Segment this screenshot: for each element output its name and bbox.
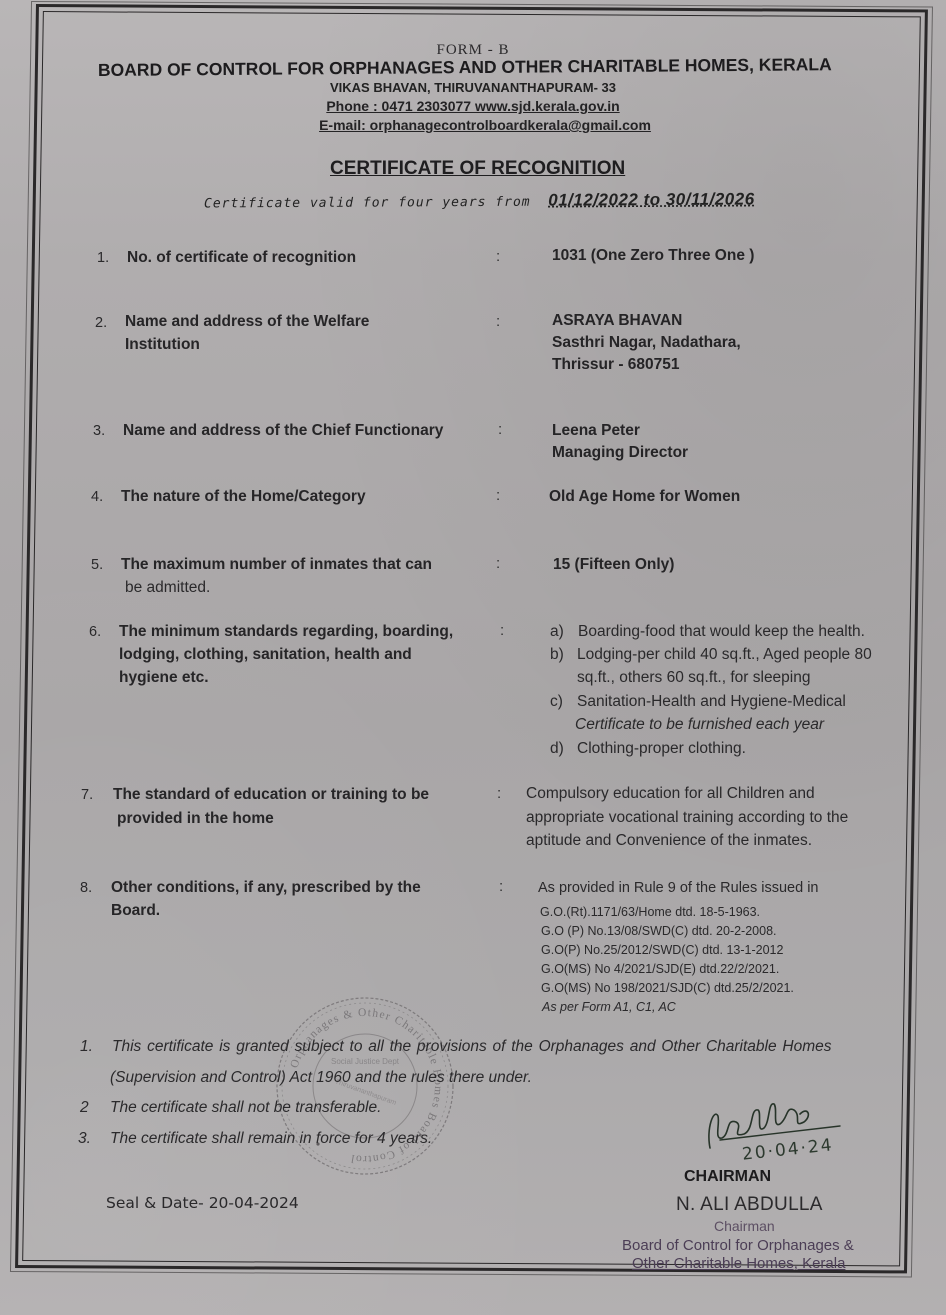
category-value: Old Age Home for Women [549,486,740,508]
institution-address: Sasthri Nagar, Nadathara, [552,332,741,354]
note-number: 3. [78,1130,91,1148]
item-label: The minimum standards regarding, boardin… [119,620,453,643]
chairman-designation: Chairman [714,1218,775,1234]
item-label: Name and address of the Chief Functionar… [123,419,443,442]
standard-marker: a) [550,620,564,644]
standard-marker: c) [550,690,563,714]
certificate-number-value: 1031 (One Zero Three One ) [552,245,754,267]
standard-lodging-cont: sq.ft., others 60 sq.ft., for sleeping [577,666,810,690]
note-text: The certificate shall remain in force fo… [110,1130,432,1148]
standard-sanitation: Sanitation-Health and Hygiene-Medical [577,690,846,714]
item-label: The maximum number of inmates that can [121,553,432,576]
note-number: 2 [80,1099,89,1117]
chairman-title: CHAIRMAN [684,1168,771,1186]
colon: : [496,248,500,265]
item-number: 3. [93,423,105,439]
standard-marker: d) [550,737,564,761]
education-value: aptitude and Convenience of the inmates. [526,829,812,853]
item-label: lodging, clothing, sanitation, health an… [119,643,412,666]
chairman-name: N. ALI ABDULLA [676,1194,823,1216]
board-email: E-mail: orphanagecontrolboardkerala@gmai… [0,117,946,133]
government-order: G.O(MS) No 198/2021/SJD(C) dtd.25/2/2021… [541,979,794,998]
education-value: appropriate vocational training accordin… [526,806,848,830]
item-number: 4. [91,489,103,505]
item-label: be admitted. [125,576,210,600]
functionary-name: Leena Peter [552,420,640,442]
chairman-org-line2: Other Charitable Homes, Kerala [632,1255,845,1272]
validity-prefix: Certificate valid for four years from [204,195,531,212]
board-address: VIKAS BHAVAN, THIRUVANANTHAPURAM- 33 [0,80,946,95]
standard-marker: b) [550,643,564,667]
item-label: Institution [125,333,200,356]
seal-date: Seal & Date- 20-04-2024 [106,1194,299,1212]
note-number: 1. [80,1038,93,1056]
government-order: G.O.(Rt).1171/63/Home dtd. 18-5-1963. [540,903,760,922]
item-number: 5. [91,557,103,573]
item-label: No. of certificate of recognition [127,246,356,269]
item-label: The standard of education or training to… [113,783,429,806]
item-number: 8. [80,880,92,896]
standard-clothing: Clothing-proper clothing. [577,737,746,761]
standard-boarding: Boarding-food that would keep the health… [578,620,865,644]
item-label: Board. [111,899,160,922]
item-label: The nature of the Home/Category [121,485,366,508]
government-order: G.O(MS) No 4/2021/SJD(E) dtd.22/2/2021. [541,960,779,979]
colon: : [498,421,502,438]
standard-sanitation-cont: Certificate to be furnished each year [575,713,824,737]
colon: : [496,555,500,572]
colon: : [497,785,501,802]
functionary-role: Managing Director [552,442,688,464]
max-inmates-value: 15 (Fifteen Only) [553,554,674,576]
standard-lodging: Lodging-per child 40 sq.ft., Aged people… [577,643,872,667]
colon: : [499,878,503,895]
note-text: This certificate is granted subject to a… [112,1038,832,1056]
education-value: Compulsory education for all Children an… [526,782,815,806]
institution-name: ASRAYA BHAVAN [552,310,682,332]
note-text: (Supervision and Control) Act 1960 and t… [110,1069,532,1087]
validity-dates: 01/12/2022 to 30/11/2026 [548,190,755,210]
institution-city: Thrissur - 680751 [552,354,680,376]
item-number: 1. [97,250,109,266]
item-number: 7. [81,787,93,803]
colon: : [496,313,500,330]
colon: : [500,622,504,639]
validity-line: Certificate valid for four years from 01… [204,190,755,213]
government-order: G.O(P) No.25/2012/SWD(C) dtd. 13-1-2012 [541,941,783,960]
government-order: G.O (P) No.13/08/SWD(C) dtd. 20-2-2008. [541,922,777,941]
board-phone-website: Phone : 0471 2303077 www.sjd.kerala.gov.… [0,98,946,114]
item-label: Name and address of the Welfare [125,310,369,333]
conditions-value: As provided in Rule 9 of the Rules issue… [538,877,819,901]
certificate-title: CERTIFICATE OF RECOGNITION [330,158,625,180]
colon: : [496,487,500,504]
item-label: hygiene etc. [119,666,209,689]
item-label: Other conditions, if any, prescribed by … [111,876,421,899]
item-number: 6. [89,624,101,640]
item-label: provided in the home [117,807,274,830]
form-reference: As per Form A1, C1, AC [542,998,676,1017]
chairman-org-line1: Board of Control for Orphanages & [622,1237,854,1254]
item-number: 2. [95,315,107,331]
note-text: The certificate shall not be transferabl… [110,1099,381,1117]
